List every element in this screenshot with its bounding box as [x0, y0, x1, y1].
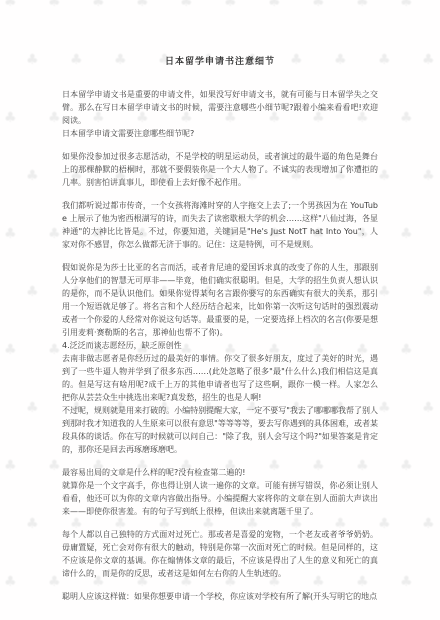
watermark-glyph: ♣: [422, 168, 435, 184]
intro-paragraph: 日本留学申请文书是重要的申请文件，如果没写好申请文书，就有可能与日本留学失之交臂…: [62, 88, 378, 127]
watermark-glyph: ♣: [4, 226, 17, 242]
section-heading-proofread: 最容易出局的文章是什么样的呢?没有检查第二遍的!: [62, 466, 378, 479]
paragraph-honesty: 如果你没参加过很多志愿活动，不是学校的明星运动员，或者演过的最牛逼的角色是舞台上…: [62, 150, 378, 189]
watermark-glyph: ♣: [26, 168, 39, 184]
paragraph-smart-closing: 聪明人应该这样做：如果你想要申请一个学校，你应该对学校有所了解(开头写明它的地点: [62, 590, 378, 603]
watermark-glyph: ♣: [400, 574, 413, 590]
watermark-glyph: ♣: [378, 516, 391, 532]
section-question: 日本留学申请文需要注意哪些细节呢?: [62, 127, 378, 140]
paragraph-proofread: 就算你是一个文字高手，你也得让别人读一遍你的文章。可能有拼写错误，你必须让别人看…: [62, 479, 378, 518]
paragraph-urban-legend: 我们都听说过都市传奇，一个女孩将海滩时穿的人字拖交上去了;一个男孩因为在 You…: [62, 199, 378, 251]
watermark-glyph: ♣: [26, 52, 39, 68]
watermark-glyph: ♣: [48, 0, 61, 10]
watermark-glyph: ♣: [422, 400, 435, 416]
watermark-glyph: ♣: [4, 574, 17, 590]
watermark-glyph: ♣: [378, 284, 391, 300]
paragraph-death-topic: 每个人都以自己独特的方式面对过死亡。那或者是喜爱的宠物，一个老友或者爷爷奶奶。毋…: [62, 528, 378, 580]
watermark-glyph: ♣: [400, 342, 413, 358]
watermark-glyph: ♣: [400, 458, 413, 474]
watermark-glyph: ♣: [48, 110, 61, 126]
watermark-glyph: ♣: [26, 400, 39, 416]
watermark-glyph: ♣: [4, 0, 17, 10]
watermark-glyph: ♣: [422, 284, 435, 300]
document-page: ♣♣♣♣♣♣♣♣♣♣♣♣♣♣♣♣♣♣♣♣♣♣♣♣♣♣♣♣♣♣♣♣♣♣♣♣♣♣♣♣…: [0, 0, 440, 620]
watermark-glyph: ♣: [48, 574, 61, 590]
watermark-glyph: ♣: [26, 516, 39, 532]
watermark-glyph: ♣: [378, 168, 391, 184]
watermark-glyph: ♣: [48, 226, 61, 242]
watermark-glyph: ♣: [4, 458, 17, 474]
watermark-glyph: ♣: [378, 400, 391, 416]
paragraph-volunteer: 去南非做志愿者是你经历过的最美好的事情。你交了很多好朋友，度过了美好的时光，遇到…: [62, 352, 378, 404]
watermark-glyph: ♣: [400, 226, 413, 242]
paragraph-quotes: 假如说你是为莎士比亚的名言而活，或者肯尼迪的爱国诉求真的改变了你的人生，那跟别人…: [62, 261, 378, 339]
page-title: 日本留学申请书注意细节: [62, 54, 378, 67]
list-item-heading: 4.泛泛而谈志愿经历，缺乏原创性: [62, 339, 378, 352]
watermark-glyph: ♣: [400, 110, 413, 126]
watermark-glyph: ♣: [4, 110, 17, 126]
watermark-glyph: ♣: [26, 284, 39, 300]
watermark-glyph: ♣: [378, 52, 391, 68]
watermark-glyph: ♣: [422, 52, 435, 68]
watermark-glyph: ♣: [48, 458, 61, 474]
paragraph-break-rules: 不过呢，规则就是用来打破的。小编特别提醒大家，一定不要写"我去了哪哪哪我帮了别人…: [62, 404, 378, 456]
watermark-glyph: ♣: [422, 516, 435, 532]
watermark-glyph: ♣: [4, 342, 17, 358]
watermark-glyph: ♣: [48, 342, 61, 358]
watermark-glyph: ♣: [400, 0, 413, 10]
document-content: 日本留学申请书注意细节 日本留学申请文书是重要的申请文件，如果没写好申请文书，就…: [62, 0, 378, 603]
